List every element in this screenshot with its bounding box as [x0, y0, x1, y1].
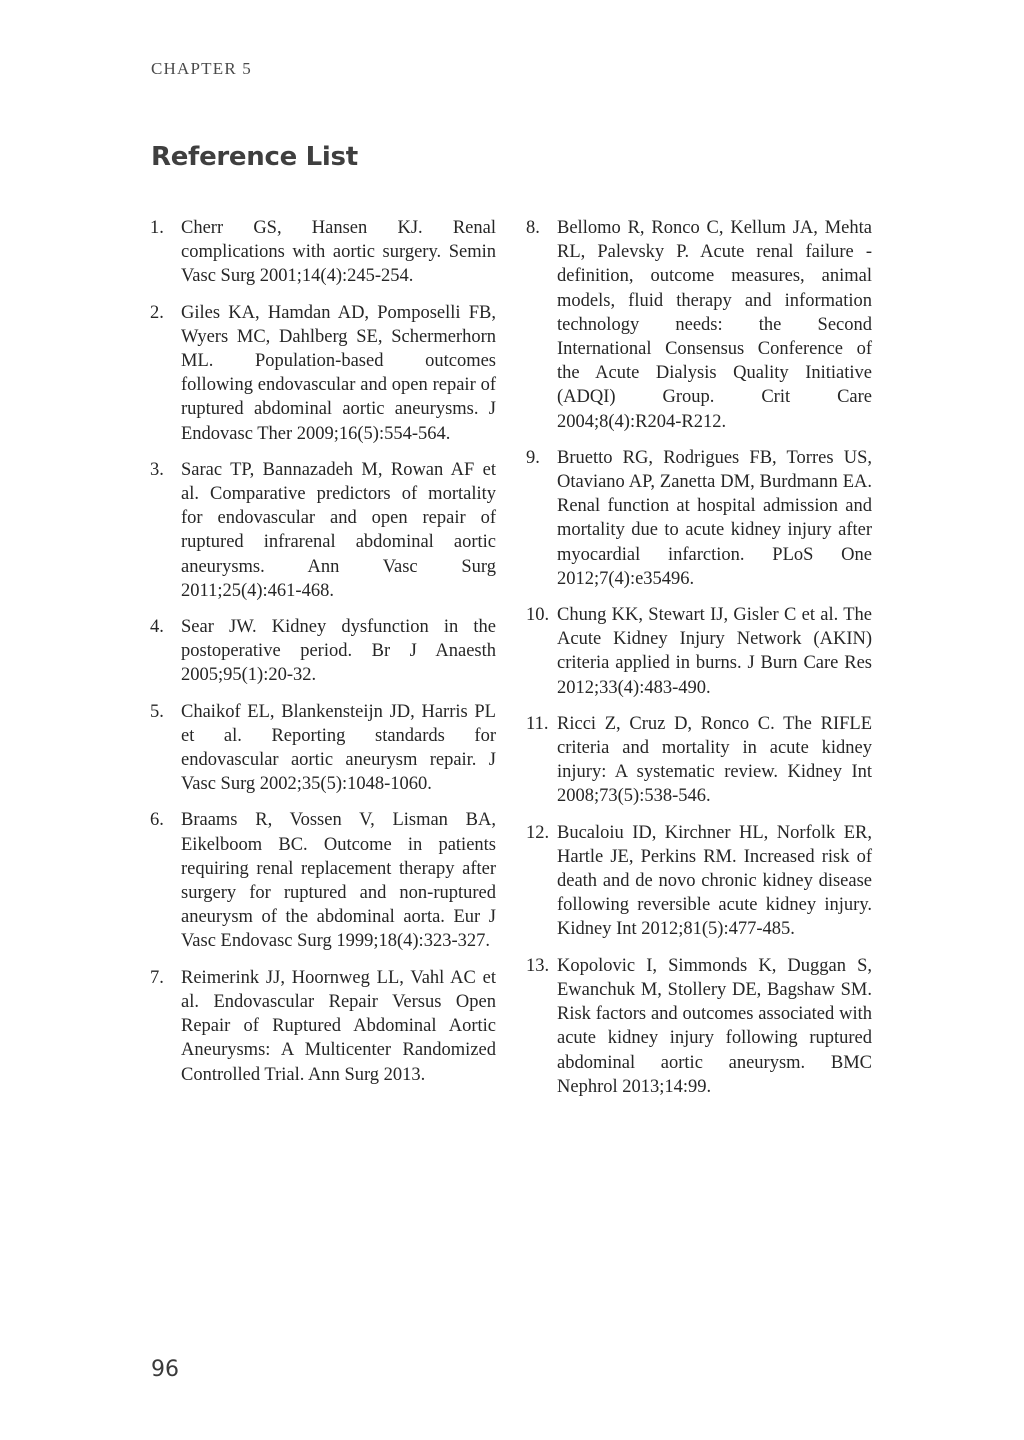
reference-text: Chaikof EL, Blankensteijn JD, Harris PL …	[181, 700, 496, 797]
reference-list-right-column: 8. Bellomo R, Ronco C, Kellum JA, Mehta …	[526, 216, 872, 1111]
reference-item: 3. Sarac TP, Bannazadeh M, Rowan AF et a…	[150, 458, 496, 603]
reference-number: 1.	[150, 216, 181, 289]
reference-item: 6. Braams R, Vossen V, Lisman BA, Eikelb…	[150, 808, 496, 953]
reference-number: 8.	[526, 216, 557, 434]
reference-text: Cherr GS, Hansen KJ. Renal complications…	[181, 216, 496, 289]
reference-number: 6.	[150, 808, 181, 953]
reference-text: Chung KK, Stewart IJ, Gisler C et al. Th…	[557, 603, 872, 700]
reference-item: 2. Giles KA, Hamdan AD, Pomposelli FB, W…	[150, 301, 496, 446]
page-number: 96	[151, 1357, 179, 1382]
reference-number: 12.	[526, 821, 557, 942]
reference-list-left-column: 1. Cherr GS, Hansen KJ. Renal complicati…	[150, 216, 496, 1099]
reference-number: 13.	[526, 954, 557, 1099]
reference-item: 5. Chaikof EL, Blankensteijn JD, Harris …	[150, 700, 496, 797]
reference-number: 7.	[150, 966, 181, 1087]
reference-item: 1. Cherr GS, Hansen KJ. Renal complicati…	[150, 216, 496, 289]
reference-text: Bucaloiu ID, Kirchner HL, Norfolk ER, Ha…	[557, 821, 872, 942]
reference-text: Bruetto RG, Rodrigues FB, Torres US, Ota…	[557, 446, 872, 591]
reference-text: Giles KA, Hamdan AD, Pomposelli FB, Wyer…	[181, 301, 496, 446]
running-head-chapter: Chapter 5	[151, 59, 252, 79]
reference-text: Sear JW. Kidney dysfunction in the posto…	[181, 615, 496, 688]
reference-item: 11. Ricci Z, Cruz D, Ronco C. The RIFLE …	[526, 712, 872, 809]
page-title: Reference List	[151, 142, 358, 172]
reference-number: 4.	[150, 615, 181, 688]
reference-text: Ricci Z, Cruz D, Ronco C. The RIFLE crit…	[557, 712, 872, 809]
reference-text: Braams R, Vossen V, Lisman BA, Eikelboom…	[181, 808, 496, 953]
reference-number: 2.	[150, 301, 181, 446]
reference-item: 4. Sear JW. Kidney dysfunction in the po…	[150, 615, 496, 688]
reference-item: 13. Kopolovic I, Simmonds K, Duggan S, E…	[526, 954, 872, 1099]
reference-item: 9. Bruetto RG, Rodrigues FB, Torres US, …	[526, 446, 872, 591]
reference-number: 11.	[526, 712, 557, 809]
reference-number: 3.	[150, 458, 181, 603]
reference-item: 12. Bucaloiu ID, Kirchner HL, Norfolk ER…	[526, 821, 872, 942]
reference-item: 10. Chung KK, Stewart IJ, Gisler C et al…	[526, 603, 872, 700]
reference-item: 8. Bellomo R, Ronco C, Kellum JA, Mehta …	[526, 216, 872, 434]
reference-text: Sarac TP, Bannazadeh M, Rowan AF et al. …	[181, 458, 496, 603]
reference-text: Bellomo R, Ronco C, Kellum JA, Mehta RL,…	[557, 216, 872, 434]
reference-text: Kopolovic I, Simmonds K, Duggan S, Ewanc…	[557, 954, 872, 1099]
reference-number: 5.	[150, 700, 181, 797]
reference-text: Reimerink JJ, Hoornweg LL, Vahl AC et al…	[181, 966, 496, 1087]
reference-number: 9.	[526, 446, 557, 591]
reference-item: 7. Reimerink JJ, Hoornweg LL, Vahl AC et…	[150, 966, 496, 1087]
reference-number: 10.	[526, 603, 557, 700]
